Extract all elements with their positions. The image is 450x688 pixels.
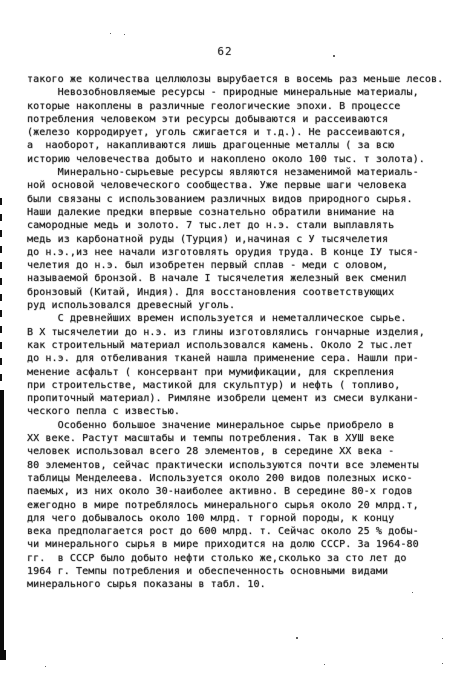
text-line: гг. в СССР было добыто нефти столько же,…: [27, 552, 439, 565]
scan-noise-dot: [442, 638, 443, 639]
scan-noise-dot: [296, 637, 298, 639]
text-line: человек использовал всего 28 элементов, …: [27, 445, 439, 458]
scan-noise-dot: [324, 664, 325, 665]
text-line: XX веке. Растут масштабы и темпы потребл…: [27, 432, 439, 445]
text-line: такого же количества целлюлозы вырубаетс…: [27, 73, 439, 86]
text-line: Наши далекие предки впервые сознательно …: [27, 206, 439, 219]
text-line: Особенно большое значение минеральное сы…: [27, 419, 439, 432]
text-line: были связаны с использованием различных …: [27, 193, 439, 206]
text-line: которые накоплены в различные геологичес…: [27, 100, 439, 113]
text-line: Минерально-сырьевые ресурсы являются нез…: [27, 166, 439, 179]
text-line: 1964 г. Темпы потребления и обеспеченнос…: [27, 565, 439, 578]
text-line: называемой бронзой. В начале I тысячелет…: [27, 272, 439, 285]
text-line: ежегодно в мире потреблялось минеральног…: [27, 499, 439, 512]
text-line: для чего добывалось около 100 млрд. т го…: [27, 512, 439, 525]
text-line: паемых, из них около 30-наиболее активно…: [27, 485, 439, 498]
text-line: самородные медь и золото. 7 тыс.лет до н…: [27, 219, 439, 232]
text-line: до н.э. для отбеливания тканей нашла при…: [27, 352, 439, 365]
text-line: С древнейших времен используется и немет…: [27, 312, 439, 325]
text-line: историю человечества добыто и накоплено …: [27, 153, 439, 166]
scan-binding-shadow-dashed: [0, 198, 2, 393]
text-line: при строительстве, мастикой для скульпту…: [27, 379, 439, 392]
text-line: руд использовался древесный уголь.: [27, 299, 439, 312]
text-line: бронзовый (Китай, Индия). Для восстановл…: [27, 286, 439, 299]
text-line: а наоборот, накапливаются лишь драгоценн…: [27, 139, 439, 152]
scan-binding-shadow-foot: [0, 650, 6, 660]
scan-noise-dot: [45, 666, 46, 667]
scan-noise-dot: [110, 33, 111, 34]
text-line: чи минерального сырья в мире приходится …: [27, 538, 439, 551]
scan-noise-dot: [412, 592, 413, 593]
text-line: 80 элементов, сейчас практически использ…: [27, 459, 439, 472]
text-line: ческого пепла с известью.: [27, 405, 439, 418]
text-line: менение асфальт ( консервант при мумифик…: [27, 366, 439, 379]
page-number: 62: [0, 45, 450, 58]
text-line: потребления человеком эти ресурсы добыва…: [27, 113, 439, 126]
scanned-book-page: 62 такого же количества целлюлозы выруба…: [0, 0, 450, 688]
scan-binding-shadow-bar: [0, 390, 4, 658]
text-line: (железо корродирует, уголь сжигается и т…: [27, 126, 439, 139]
text-line: минерального сырья показаны в табл. 10.: [27, 578, 439, 591]
text-line: как строительный материал использовался …: [27, 339, 439, 352]
text-line: пропиточный материал). Римляне изобрели …: [27, 392, 439, 405]
text-line: медь из карбонатной руды (Турция) и,начи…: [27, 233, 439, 246]
scan-noise-dot: [442, 663, 443, 664]
scan-noise-dot: [124, 34, 125, 35]
scan-noise-dot: [333, 55, 335, 57]
text-line: челетия до н.э. был изобретен первый спл…: [27, 259, 439, 272]
text-body: такого же количества целлюлозы вырубаетс…: [27, 73, 439, 592]
text-line: до н.э.,из нее начали изготовлять орудия…: [27, 246, 439, 259]
text-line: таблицы Менделеева. Используется около 2…: [27, 472, 439, 485]
text-line: Невозобновляемые ресурсы - природные мин…: [27, 86, 439, 99]
text-line: В X тысячелетии до н.э. из глины изготов…: [27, 326, 439, 339]
text-line: ной основой человеческого сообщества. Уж…: [27, 179, 439, 192]
text-line: века предполагается рост до 600 млрд. т.…: [27, 525, 439, 538]
